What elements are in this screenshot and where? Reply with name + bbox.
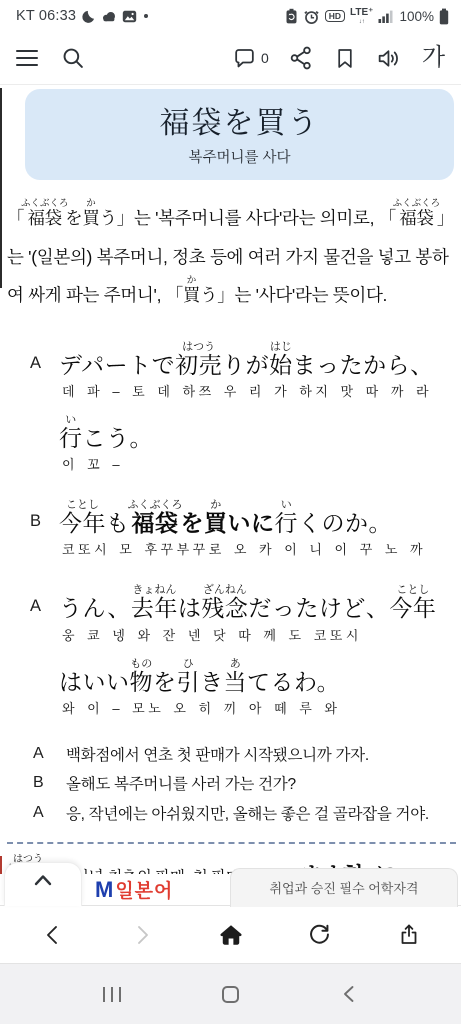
- alarm-icon: [303, 8, 320, 25]
- chevron-left-icon: [41, 923, 65, 947]
- share-up-icon: [397, 922, 421, 947]
- intro-paragraph: 「福袋ふくぶくろを買かう」는 '복주머니를 사다'라는 의미로, 「福袋ふくぶく…: [7, 198, 451, 315]
- site-logo[interactable]: M 일본어: [95, 876, 173, 903]
- signal-strength-icon: [378, 9, 394, 24]
- ad-banner[interactable]: 취업과 승진 필수 어학자격: [230, 868, 458, 907]
- pronunciation-line: 코또시 모 후꾸부꾸로 오 카 이 니 이 꾸 노 까: [62, 539, 461, 558]
- speaker-icon: [376, 46, 403, 71]
- pronunciation-line: 웅 쿄 넹 와 잔 넨 닷 따 께 도 코또시: [62, 625, 461, 644]
- home-icon: [218, 922, 244, 948]
- share-icon: [288, 45, 314, 71]
- power-saving-icon: [285, 8, 298, 24]
- comment-count: 0: [261, 50, 269, 66]
- pronunciation-line: 와 이 – 모노 오 히 끼 아 떼 루 와: [62, 698, 461, 717]
- lesson-subtitle: 복주머니를 사다: [25, 146, 454, 167]
- dialogue-section: A デパートで初売はつうりが始はじまったから、 데 파 – 토 데 하쯔 우 리…: [0, 327, 461, 717]
- logo-m: M: [95, 877, 113, 903]
- translation-text: 백화점에서 연초 첫 판매가 시작됐으니까 가자.: [66, 745, 369, 767]
- recents-icon: [103, 987, 122, 1002]
- speaker-label: B: [30, 485, 59, 558]
- gallery-icon: [122, 10, 137, 23]
- bookmark-button[interactable]: [333, 46, 357, 71]
- cloud-icon: [101, 10, 117, 23]
- refresh-icon: [307, 922, 332, 947]
- pronunciation-line: 이 꼬 –: [62, 454, 461, 473]
- chevron-up-icon: [31, 872, 55, 888]
- comments-button[interactable]: 0: [231, 46, 269, 71]
- translation-row: B 올해도 복주머니를 사러 가는 건가?: [0, 774, 461, 796]
- chevron-right-icon: [130, 923, 154, 947]
- comment-bubble-icon: [231, 46, 258, 71]
- moon-icon: [81, 9, 96, 24]
- japanese-line: デパートで初売はつうりが始はじまったから、: [59, 341, 461, 378]
- hd-icon: HD: [325, 10, 345, 23]
- android-home-button[interactable]: [211, 974, 251, 1014]
- share-page-button[interactable]: [387, 913, 431, 957]
- phone-screen: KT 06:33 HD LTE⁺ ↓↑ 100%: [0, 0, 461, 1024]
- lesson-title: 福袋を買う: [25, 98, 454, 142]
- android-navigation-bar: [0, 963, 461, 1024]
- pronunciation-line: 데 파 – 토 데 하쯔 우 리 가 하지 맛 따 까 라: [62, 381, 461, 400]
- japanese-line: 行いこう。: [59, 414, 461, 451]
- browser-toolbar: 0 가: [0, 32, 461, 85]
- search-icon: [60, 45, 86, 71]
- android-home-icon: [222, 986, 239, 1003]
- logo-text: 일본어: [115, 876, 173, 903]
- font-size-button[interactable]: 가: [422, 46, 445, 70]
- speaker-label: A: [33, 745, 66, 767]
- speaker-label: A: [33, 804, 66, 826]
- font-size-label: 가: [422, 46, 445, 70]
- dialogue-row: A うん、去年きょねんは残念ざんねんだったけど、今年ことし 웅 쿄 넹 와 잔 …: [0, 570, 461, 717]
- text-to-speech-button[interactable]: [376, 46, 403, 71]
- page-content: 福袋を買う 복주머니를 사다 「福袋ふくぶくろを買かう」는 '복주머니를 사다'…: [0, 85, 461, 906]
- carrier-time: KT 06:33: [16, 8, 76, 24]
- translation-row: A 응, 작년에는 아쉬웠지만, 올해는 좋은 걸 골라잡을 거야.: [0, 804, 461, 826]
- search-button[interactable]: [60, 45, 86, 71]
- status-bar: KT 06:33 HD LTE⁺ ↓↑ 100%: [0, 0, 461, 32]
- translation-section: A 백화점에서 연초 첫 판매가 시작됐으니까 가자. B 올해도 복주머니를 …: [0, 745, 461, 826]
- refresh-button[interactable]: [298, 913, 342, 957]
- translation-text: 올해도 복주머니를 사러 가는 건가?: [66, 774, 296, 796]
- share-button[interactable]: [288, 45, 314, 71]
- android-back-button[interactable]: [329, 974, 369, 1014]
- speaker-label: A: [30, 570, 59, 717]
- speaker-label: B: [33, 774, 66, 796]
- speaker-label: A: [30, 327, 59, 474]
- recent-apps-button[interactable]: [92, 974, 132, 1014]
- back-button[interactable]: [31, 913, 75, 957]
- notification-dot-icon: [144, 14, 148, 18]
- translation-row: A 백화점에서 연초 첫 판매가 시작됐으니까 가자.: [0, 745, 461, 767]
- lesson-header-card: 福袋を買う 복주머니를 사다: [25, 89, 454, 180]
- translation-text: 응, 작년에는 아쉬웠지만, 올해는 좋은 걸 골라잡을 거야.: [66, 804, 429, 826]
- bookmark-icon: [333, 46, 357, 71]
- dialogue-row: A デパートで初売はつうりが始はじまったから、 데 파 – 토 데 하쯔 우 리…: [0, 327, 461, 474]
- browser-navigation-bar: [0, 906, 461, 963]
- menu-button[interactable]: [16, 50, 38, 67]
- lte-plus-icon: LTE⁺ ↓↑: [350, 8, 373, 25]
- japanese-line: はいい物ものを引ひき当あてるわ。: [59, 658, 461, 695]
- android-back-icon: [340, 984, 358, 1004]
- japanese-line: うん、去年きょねんは残念ざんねんだったけど、今年ことし: [59, 584, 461, 621]
- dashed-separator: [7, 842, 456, 844]
- battery-percent: 100%: [399, 9, 434, 24]
- battery-icon: [439, 8, 449, 25]
- forward-button[interactable]: [120, 913, 164, 957]
- home-button[interactable]: [209, 913, 253, 957]
- dialogue-row: B 今年ことしも福袋ふくぶくろを買かいに行いくのか。 코또시 모 후꾸부꾸로 오…: [0, 485, 461, 558]
- left-edge-artifact-dark: [0, 88, 2, 288]
- collapse-tab-button[interactable]: [4, 862, 82, 906]
- japanese-line: 今年ことしも福袋ふくぶくろを買かいに行いくのか。: [59, 499, 461, 536]
